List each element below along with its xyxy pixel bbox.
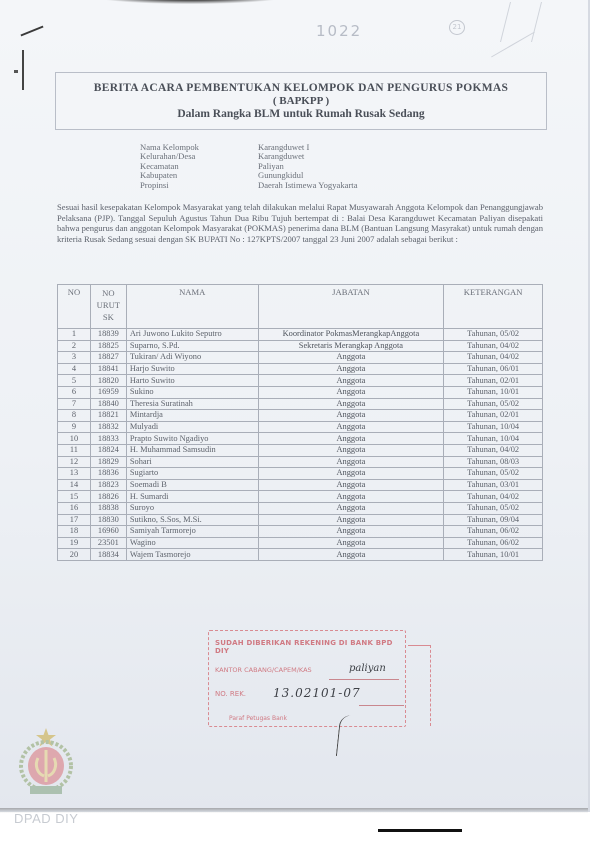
row-keterangan: Tahunan, 02/01 [444, 375, 543, 387]
watermark: DPAD DIY [14, 811, 78, 826]
row-no: 12 [58, 456, 91, 468]
table-row: 318827Tukiran/ Adi WiyonoAnggotaTahunan,… [58, 352, 543, 364]
row-no: 16 [58, 502, 91, 514]
row-nama: Suroyo [126, 502, 258, 514]
table-row: 918832MulyadiAnggotaTahunan, 10/04 [58, 421, 543, 433]
row-keterangan: Tahunan, 05/02 [444, 468, 543, 480]
row-jabatan: Anggota [258, 363, 444, 375]
row-no: 4 [58, 363, 91, 375]
row-keterangan: Tahunan, 06/01 [444, 363, 543, 375]
row-keterangan: Tahunan, 04/02 [444, 444, 543, 456]
stamp-branch-handwritten: paliyan [349, 663, 386, 674]
row-keterangan: Tahunan, 05/02 [444, 329, 543, 341]
row-nama: Harto Suwito [126, 375, 258, 387]
row-keterangan: Tahunan, 09/04 [444, 514, 543, 526]
doc-subtitle: Dalam Rangka BLM untuk Rumah Rusak Sedan… [56, 108, 546, 120]
row-no: 19 [58, 537, 91, 549]
stamp-line-1: SUDAH DIBERIKAN REKENING DI BANK BPD DIY [215, 639, 405, 655]
row-no: 6 [58, 386, 91, 398]
row-jabatan: Anggota [258, 479, 444, 491]
row-keterangan: Tahunan, 05/02 [444, 502, 543, 514]
row-keterangan: Tahunan, 10/01 [444, 386, 543, 398]
row-no: 10 [58, 433, 91, 445]
row-no: 5 [58, 375, 91, 387]
row-no: 11 [58, 444, 91, 456]
row-no: 17 [58, 514, 91, 526]
row-sk: 18841 [90, 363, 126, 375]
row-sk: 18830 [90, 514, 126, 526]
row-sk: 18838 [90, 502, 126, 514]
table-row: 118839Ari Juwono Lukito SeputroKoordinat… [58, 329, 543, 341]
diy-emblem-icon [16, 726, 76, 798]
row-jabatan: Anggota [258, 491, 444, 503]
table-row: 418841Harjo SuwitoAnggotaTahunan, 06/01 [58, 363, 543, 375]
header-nama: NAMA [126, 285, 258, 329]
row-nama: Ari Juwono Lukito Seputro [126, 329, 258, 341]
row-sk: 18836 [90, 468, 126, 480]
table-row: 1118824H. Muhammad SamsudinAnggotaTahuna… [58, 444, 543, 456]
row-nama: Theresia Suratinah [126, 398, 258, 410]
table-row: 1518826H. SumardiAnggotaTahunan, 04/02 [58, 491, 543, 503]
row-sk: 18829 [90, 456, 126, 468]
row-keterangan: Tahunan, 02/01 [444, 410, 543, 422]
row-no: 8 [58, 410, 91, 422]
stamp-line-2: KANTOR CABANG/CAPEM/KAS [215, 666, 312, 674]
row-no: 14 [58, 479, 91, 491]
row-jabatan: Anggota [258, 398, 444, 410]
row-jabatan: Anggota [258, 433, 444, 445]
row-jabatan: Anggota [258, 352, 444, 364]
row-nama: Sukino [126, 386, 258, 398]
row-nama: Wajem Tasmorejo [126, 549, 258, 561]
row-nama: H. Sumardi [126, 491, 258, 503]
row-sk: 18825 [90, 340, 126, 352]
row-jabatan: Anggota [258, 537, 444, 549]
row-jabatan: Sekretaris Merangkap Anggota [258, 340, 444, 352]
row-no: 9 [58, 421, 91, 433]
table-row: 518820Harto SuwitoAnggotaTahunan, 02/01 [58, 375, 543, 387]
bottom-bar [378, 829, 462, 832]
table-header-row: NO NOURUTSK NAMA JABATAN KETERANGAN [58, 285, 543, 329]
row-nama: Samiyah Tarmorejo [126, 526, 258, 538]
table-row: 218825Suparno, S.Pd.Sekretaris Merangkap… [58, 340, 543, 352]
row-sk: 18826 [90, 491, 126, 503]
doc-abbreviation: ( BAPKPP ) [56, 95, 546, 107]
table-row: 2018834Wajem TasmorejoAnggotaTahunan, 10… [58, 549, 543, 561]
row-jabatan: Anggota [258, 444, 444, 456]
doc-title: BERITA ACARA PEMBENTUKAN KELOMPOK DAN PE… [56, 82, 546, 94]
handwritten-number: 1022 [316, 22, 362, 40]
info-value: Daerah Istimewa Yogyakarta [258, 181, 358, 190]
row-jabatan: Anggota [258, 386, 444, 398]
row-keterangan: Tahunan, 04/02 [444, 491, 543, 503]
row-nama: Soemadi B [126, 479, 258, 491]
intro-paragraph: Sesuai hasil kesepakatan Kelompok Masyar… [57, 202, 543, 244]
group-info: Nama KelompokKarangduwet IKelurahan/Desa… [140, 143, 358, 190]
margin-pen-mark [14, 70, 18, 73]
row-keterangan: Tahunan, 10/01 [444, 549, 543, 561]
table-row: 1018833Prapto Suwito NgadiyoAnggotaTahun… [58, 433, 543, 445]
table-row: 1418823Soemadi BAnggotaTahunan, 03/01 [58, 479, 543, 491]
stamp-account-handwritten: 13.02101-07 [273, 686, 361, 700]
row-keterangan: Tahunan, 10/04 [444, 421, 543, 433]
row-nama: Harjo Suwito [126, 363, 258, 375]
row-sk: 18832 [90, 421, 126, 433]
scan-shadow [90, 0, 290, 4]
header-keterangan: KETERANGAN [444, 285, 543, 329]
row-keterangan: Tahunan, 06/02 [444, 526, 543, 538]
info-label: Propinsi [140, 181, 258, 190]
row-sk: 18827 [90, 352, 126, 364]
row-sk: 18820 [90, 375, 126, 387]
row-no: 2 [58, 340, 91, 352]
row-sk: 16959 [90, 386, 126, 398]
page-bottom-edge [0, 808, 588, 813]
table-row: 1718830Sutikno, S.Sos, M.Si.AnggotaTahun… [58, 514, 543, 526]
row-keterangan: Tahunan, 10/04 [444, 433, 543, 445]
row-sk: 18833 [90, 433, 126, 445]
header-no-urut-sk: NOURUTSK [90, 285, 126, 329]
row-jabatan: Anggota [258, 526, 444, 538]
table-row: 1816960Samiyah TarmorejoAnggotaTahunan, … [58, 526, 543, 538]
row-jabatan: Anggota [258, 502, 444, 514]
row-no: 15 [58, 491, 91, 503]
row-jabatan: Anggota [258, 514, 444, 526]
handwritten-circled-number: 21 [449, 20, 465, 35]
row-keterangan: Tahunan, 06/02 [444, 537, 543, 549]
row-no: 13 [58, 468, 91, 480]
row-sk: 18821 [90, 410, 126, 422]
members-table: NO NOURUTSK NAMA JABATAN KETERANGAN 1188… [57, 284, 543, 561]
row-sk: 18824 [90, 444, 126, 456]
row-no: 18 [58, 526, 91, 538]
row-nama: Sutikno, S.Sos, M.Si. [126, 514, 258, 526]
row-sk: 18839 [90, 329, 126, 341]
row-no: 20 [58, 549, 91, 561]
stamp-border-fragment [408, 645, 431, 726]
row-keterangan: Tahunan, 03/01 [444, 479, 543, 491]
row-no: 7 [58, 398, 91, 410]
row-sk: 16960 [90, 526, 126, 538]
row-jabatan: Anggota [258, 456, 444, 468]
stamp-underline [329, 679, 399, 680]
row-jabatan: Anggota [258, 549, 444, 561]
info-row: PropinsiDaerah Istimewa Yogyakarta [140, 181, 358, 190]
row-jabatan: Anggota [258, 421, 444, 433]
row-keterangan: Tahunan, 05/02 [444, 398, 543, 410]
table-row: 616959SukinoAnggotaTahunan, 10/01 [58, 386, 543, 398]
row-sk: 18823 [90, 479, 126, 491]
row-sk: 18840 [90, 398, 126, 410]
table-row: 1218829SohariAnggotaTahunan, 08/03 [58, 456, 543, 468]
table-row: 1923501WaginoAnggotaTahunan, 06/02 [58, 537, 543, 549]
row-jabatan: Anggota [258, 410, 444, 422]
row-sk: 18834 [90, 549, 126, 561]
row-keterangan: Tahunan, 04/02 [444, 340, 543, 352]
header-jabatan: JABATAN [258, 285, 444, 329]
row-sk: 23501 [90, 537, 126, 549]
row-nama: H. Muhammad Samsudin [126, 444, 258, 456]
row-jabatan: Koordinator PokmasMerangkapAnggota [258, 329, 444, 341]
row-no: 1 [58, 329, 91, 341]
row-nama: Mulyadi [126, 421, 258, 433]
row-nama: Prapto Suwito Ngadiyo [126, 433, 258, 445]
bank-stamp: SUDAH DIBERIKAN REKENING DI BANK BPD DIY… [208, 630, 406, 727]
title-box: BERITA ACARA PEMBENTUKAN KELOMPOK DAN PE… [55, 72, 547, 130]
stamp-underline [359, 705, 404, 706]
row-nama: Wagino [126, 537, 258, 549]
row-nama: Sohari [126, 456, 258, 468]
row-keterangan: Tahunan, 08/03 [444, 456, 543, 468]
row-nama: Tukiran/ Adi Wiyono [126, 352, 258, 364]
row-keterangan: Tahunan, 04/02 [444, 352, 543, 364]
row-nama: Suparno, S.Pd. [126, 340, 258, 352]
header-no: NO [58, 285, 91, 329]
table-row: 718840Theresia SuratinahAnggotaTahunan, … [58, 398, 543, 410]
row-nama: Mintardja [126, 410, 258, 422]
row-jabatan: Anggota [258, 375, 444, 387]
stamp-line-3: NO. REK. [215, 690, 246, 698]
stamp-line-4: Paraf Petugas Bank [229, 715, 287, 722]
row-nama: Sugiarto [126, 468, 258, 480]
row-no: 3 [58, 352, 91, 364]
table-row: 818821MintardjaAnggotaTahunan, 02/01 [58, 410, 543, 422]
table-row: 1618838SuroyoAnggotaTahunan, 05/02 [58, 502, 543, 514]
margin-pen-mark [22, 50, 24, 90]
row-jabatan: Anggota [258, 468, 444, 480]
table-row: 1318836SugiartoAnggotaTahunan, 05/02 [58, 468, 543, 480]
